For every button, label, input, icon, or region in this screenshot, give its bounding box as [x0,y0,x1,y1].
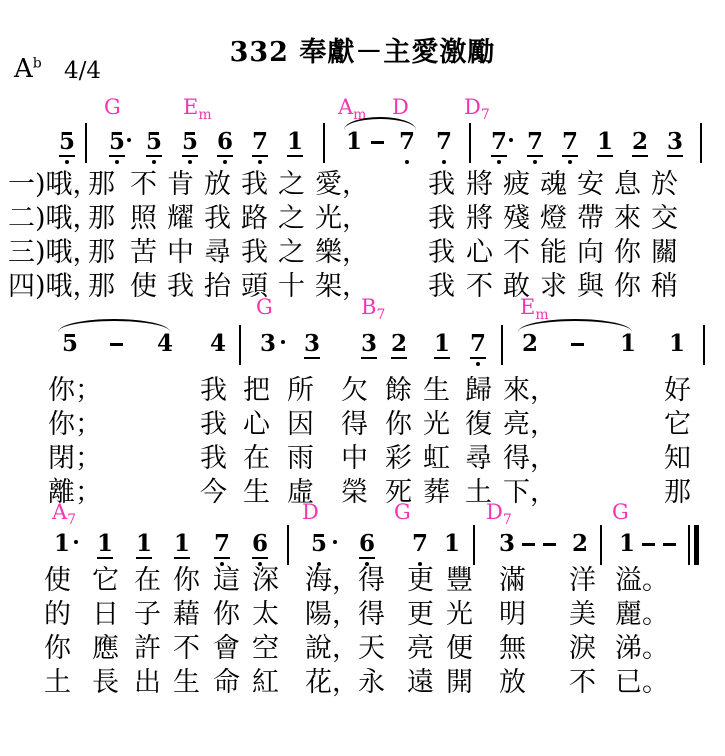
lyric-cell: 那 [88,170,115,200]
note-digit: 3 [664,129,686,155]
note-digit: 3 [358,331,380,357]
lyric-cell: 應 [92,634,119,664]
note-digit: 1 [594,129,616,155]
note-digit: 7 [433,129,455,155]
dash-note [642,543,655,546]
lyric-cell: 耀 [167,204,194,234]
lyric-cell: 深 [252,566,279,596]
lyric-cell: 今 [200,478,227,508]
lyric-cell: 不 [130,170,157,200]
dash-note [371,141,384,144]
lyric-cell: 明 [499,600,526,630]
lyric-cell: 我 [200,410,227,440]
lyric-cell: 無 [499,634,526,664]
note-digit: 2 [629,129,651,155]
dash-note [571,343,584,346]
chord-letter: G [256,295,273,319]
chord-letter: G [394,500,411,524]
augmentation-dot [281,340,285,344]
lyric-cell: 出 [134,668,161,698]
note-digit: 6 [249,531,271,557]
lyric-cell: 三)哦， [8,238,100,268]
eighth-underline [182,155,198,157]
lyric-cell: 虹 [423,444,450,474]
note-digit: 1 [617,331,639,357]
eighth-underline [252,155,268,157]
lyric-cell: 光 [446,600,473,630]
final-barline-thick [694,525,699,565]
note-digit: 2 [388,331,410,357]
lyric-cell: 麗。 [615,600,669,630]
lyric-cell: 藉 [173,600,200,630]
augmentation-dot [127,138,131,142]
eighth-underline [470,357,486,359]
lyric-cell: 日 [92,600,119,630]
lyric-cell: 天 [358,634,385,664]
lyric-cell: 心 [466,238,493,268]
lyric-cell: 尋 [465,444,492,474]
lyric-cell: 得， [503,444,557,474]
low-octave-dot [497,160,501,164]
lyric-cell: 殘 [503,204,530,234]
augmentation-dot [333,540,337,544]
lyric-cell: 愛， [315,170,369,200]
lyric-cell: 花， [305,668,359,698]
lyric-cell: 尋 [204,238,231,268]
note-digit: 1 [441,531,463,557]
lyric-cell: 那 [88,238,115,268]
eighth-underline [391,357,407,359]
chord-letter: G [104,95,121,119]
lyric-cell: 你； [48,376,102,406]
lyric-cell: 能 [540,238,567,268]
lyric-cell: 淚 [569,634,596,664]
hymn-title: 332 奉獻－主愛激勵 [0,30,725,69]
lyric-cell: 更 [407,566,434,596]
chord-label: A7 [52,501,76,531]
lyric-cell: 我 [200,376,227,406]
note-digit: 5 [56,129,78,155]
chord-subscript: 7 [376,307,385,323]
note-digit: 7 [249,129,271,155]
lyric-cell: 一)哦， [8,170,100,200]
barline [85,123,87,163]
lyric-cell: 會 [213,634,240,664]
lyric-cell: 海， [305,566,359,596]
eighth-underline [174,557,190,559]
low-octave-dot [568,160,572,164]
lyric-cell: 洋 [569,566,596,596]
low-octave-dot [442,160,446,164]
lyric-cell: 十 [278,272,305,302]
low-octave-dot [152,160,156,164]
chord-label: Em [183,96,212,126]
chord-letter: D [464,95,481,119]
lyric-cell: 將 [466,170,493,200]
note-digit: 3 [496,531,518,557]
lyric-cell: 彩 [385,444,412,474]
eighth-underline [562,155,578,157]
lyric-cell: 你 [173,566,200,596]
note-digit: 3 [257,331,279,357]
eighth-underline [109,155,125,157]
lyric-cell: 知 [664,444,691,474]
lyric-cell: 太 [252,600,279,630]
lyric-cell: 長 [92,668,119,698]
note-digit: 5 [308,531,330,557]
lyric-cell: 土 [44,668,71,698]
lyric-cell: 那 [664,478,691,508]
low-octave-dot [188,160,192,164]
low-octave-dot [533,160,537,164]
note-digit: 5 [106,129,128,155]
note-digit: 2 [569,531,591,557]
eighth-underline [632,155,648,157]
note-digit: 5 [59,331,81,357]
lyric-cell: 我 [428,272,455,302]
lyric-cell: 苦 [130,238,157,268]
lyric-cell: 與 [577,272,604,302]
lyric-cell: 將 [466,204,493,234]
lyric-cell: 樂， [315,238,369,268]
lyric-cell: 在 [134,566,161,596]
eighth-underline [667,155,683,157]
lyric-cell: 我 [428,238,455,268]
lyric-cell: 照 [130,204,157,234]
lyric-cell: 肯 [167,170,194,200]
lyric-cell: 你 [213,600,240,630]
chord-subscript: 7 [67,512,76,528]
lyric-cell: 我 [204,204,231,234]
lyric-cell: 於 [651,170,678,200]
barline [473,525,475,565]
lyric-cell: 命 [213,668,240,698]
lyric-cell: 亮， [503,410,557,440]
lyric-cell: 你； [48,410,102,440]
eighth-underline [597,155,613,157]
lyric-cell: 來， [503,376,557,406]
lyric-cell: 二)哦， [8,204,100,234]
eighth-underline [97,557,113,559]
lyric-cell: 燈 [540,204,567,234]
note-digit: 2 [519,331,541,357]
lyric-cell: 把 [243,376,270,406]
dash-note [110,343,123,346]
lyric-cell: 永 [358,668,385,698]
lyric-cell: 光， [315,204,369,234]
lyric-cell: 抬 [204,272,231,302]
lyric-cell: 之 [278,204,305,234]
note-digit: 1 [94,531,116,557]
lyric-cell: 開 [446,668,473,698]
note-digit: 1 [616,531,638,557]
lyric-cell: 息 [614,170,641,200]
eighth-underline [59,155,75,157]
chord-subscript: 7 [481,107,490,123]
chord-label: D [302,501,319,523]
note-digit: 1 [666,331,688,357]
lyric-cell: 豐 [446,566,473,596]
note-digit: 6 [356,531,378,557]
low-octave-dot [405,160,409,164]
lyric-cell: 所 [287,376,314,406]
note-digit: 7 [488,129,510,155]
lyric-cell: 你 [614,238,641,268]
lyric-cell: 空 [252,634,279,664]
lyric-cell: 我 [241,238,268,268]
lyric-cell: 涕。 [615,634,669,664]
lyric-cell: 已。 [615,668,669,698]
lyric-cell: 你 [614,272,641,302]
final-barline-thin [688,525,690,565]
lyric-cell: 生 [423,376,450,406]
chord-letter: E [520,295,535,319]
lyric-cell: 紅 [252,668,279,698]
lyric-cell: 它 [92,566,119,596]
lyric-cell: 帶 [577,204,604,234]
chord-letter: B [361,295,376,319]
lyric-cell: 更 [407,600,434,630]
note-digit: 7 [559,129,581,155]
lyric-cell: 欠 [341,376,368,406]
lyric-cell: 美 [569,600,596,630]
lyric-cell: 不 [173,634,200,664]
chord-letter: D [302,500,319,524]
eighth-underline [146,155,162,157]
lyric-cell: 中 [341,444,368,474]
eighth-underline [252,557,268,559]
lyric-cell: 歸 [465,376,492,406]
lyric-cell: 葬 [423,478,450,508]
eighth-underline [527,155,543,157]
augmentation-dot [74,540,78,544]
key-letter: A [14,54,33,84]
chord-label: D [392,96,409,118]
chord-subscript: m [198,107,211,123]
lyric-cell: 生 [243,478,270,508]
lyric-cell: 之 [278,170,305,200]
lyric-cell: 我 [428,204,455,234]
chord-label: B7 [361,296,385,326]
lyric-cell: 中 [167,238,194,268]
lyric-cell: 在 [243,444,270,474]
barline [323,123,325,163]
eighth-underline [217,155,233,157]
lyric-cell: 放 [204,170,231,200]
dash-note [543,543,556,546]
lyric-cell: 溢。 [615,566,669,596]
lyric-cell: 好 [664,376,691,406]
low-octave-dot [115,160,119,164]
lyric-cell: 不 [503,238,530,268]
eighth-underline [214,557,230,559]
lyric-cell: 得 [358,566,385,596]
time-signature: 4/4 [64,58,101,84]
chord-label: G [394,501,411,523]
dash-note [663,543,676,546]
augmentation-dot [509,138,513,142]
low-octave-dot [65,160,69,164]
lyric-cell: 子 [134,600,161,630]
lyric-cell: 魂 [540,170,567,200]
chord-label: G [612,501,629,523]
chord-letter: A [52,500,67,524]
eighth-underline [361,357,377,359]
lyric-cell: 你 [385,410,412,440]
note-digit: 4 [207,331,229,357]
lyric-cell: 陽， [305,600,359,630]
lyric-cell: 使 [130,272,157,302]
note-digit: 1 [343,129,365,155]
note-digit: 7 [524,129,546,155]
lyric-cell: 之 [278,238,305,268]
chord-letter: D [486,500,503,524]
key-accidental: b [33,55,42,71]
lyric-cell: 我 [200,444,227,474]
chord-label: G [104,96,121,118]
lyric-cell: 遠 [407,668,434,698]
barline [700,123,702,163]
lyric-cell: 得 [358,600,385,630]
eighth-underline [491,155,507,157]
chord-label: D7 [486,501,512,531]
lyric-cell: 心 [243,410,270,440]
barline [501,325,503,365]
note-digit: 3 [301,331,323,357]
chord-label: G [256,296,273,318]
note-digit: 1 [431,331,453,357]
lyric-cell: 你 [44,634,71,664]
lyric-cell: 來 [614,204,641,234]
barline [239,325,241,365]
dash-note [522,543,535,546]
lyric-cell: 亮 [407,634,434,664]
low-octave-dot [223,160,227,164]
barline [703,325,705,365]
chord-letter: A [338,95,353,119]
eighth-underline [287,155,303,157]
lyric-cell: 閉； [48,444,102,474]
lyric-cell: 滿 [499,566,526,596]
lyric-cell: 餘 [385,376,412,406]
note-digit: 1 [284,129,306,155]
lyric-cell: 的 [44,600,71,630]
note-digit: 7 [467,331,489,357]
low-octave-dot [258,160,262,164]
chord-label: D7 [464,96,490,126]
barline [287,525,289,565]
sheet-music-page: 332 奉獻－主愛激勵 Ab 4/4 GEmAmDD75555671177777… [0,0,725,756]
chord-subscript: 7 [503,512,512,528]
lyric-cell: 便 [446,634,473,664]
lyric-cell: 生 [173,668,200,698]
note-digit: 1 [51,531,73,557]
lyric-cell: 關 [651,238,678,268]
lyric-cell: 向 [577,238,604,268]
lyric-cell: 我 [167,272,194,302]
lyric-cell: 不 [466,272,493,302]
lyric-cell: 說， [305,634,359,664]
lyric-cell: 它 [664,410,691,440]
key-signature: Ab [14,54,42,84]
lyric-cell: 四)哦， [8,272,100,302]
lyric-cell: 路 [241,204,268,234]
chord-letter: E [183,95,198,119]
chord-letter: G [612,500,629,524]
eighth-underline [359,557,375,559]
note-digit: 4 [154,331,176,357]
note-digit: 1 [171,531,193,557]
lyric-cell: 因 [287,410,314,440]
lyric-cell: 使 [44,566,71,596]
lyric-cell: 雨 [287,444,314,474]
lyric-cell: 復 [465,410,492,440]
chord-letter: D [392,95,409,119]
lyric-cell: 放 [499,668,526,698]
note-digit: 1 [133,531,155,557]
lyric-cell: 榮 [341,478,368,508]
lyric-cell: 稍 [651,272,678,302]
lyric-cell: 光 [423,410,450,440]
lyric-cell: 我 [428,170,455,200]
lyric-cell: 交 [651,204,678,234]
lyric-cell: 我 [241,170,268,200]
lyric-cell: 那 [88,272,115,302]
eighth-underline [434,357,450,359]
note-digit: 6 [214,129,236,155]
lyric-cell: 不 [569,668,596,698]
barline [600,525,602,565]
lyric-cell: 這 [213,566,240,596]
lyric-cell: 疲 [503,170,530,200]
lyric-cell: 安 [577,170,604,200]
lyric-cell: 得 [341,410,368,440]
note-digit: 7 [409,531,431,557]
eighth-underline [136,557,152,559]
note-digit: 5 [143,129,165,155]
note-digit: 5 [179,129,201,155]
barline [469,123,471,163]
lyric-cell: 許 [134,634,161,664]
lyric-cell: 那 [88,204,115,234]
note-digit: 7 [211,531,233,557]
low-octave-dot [476,362,480,366]
note-digit: 7 [396,129,418,155]
eighth-underline [304,357,320,359]
